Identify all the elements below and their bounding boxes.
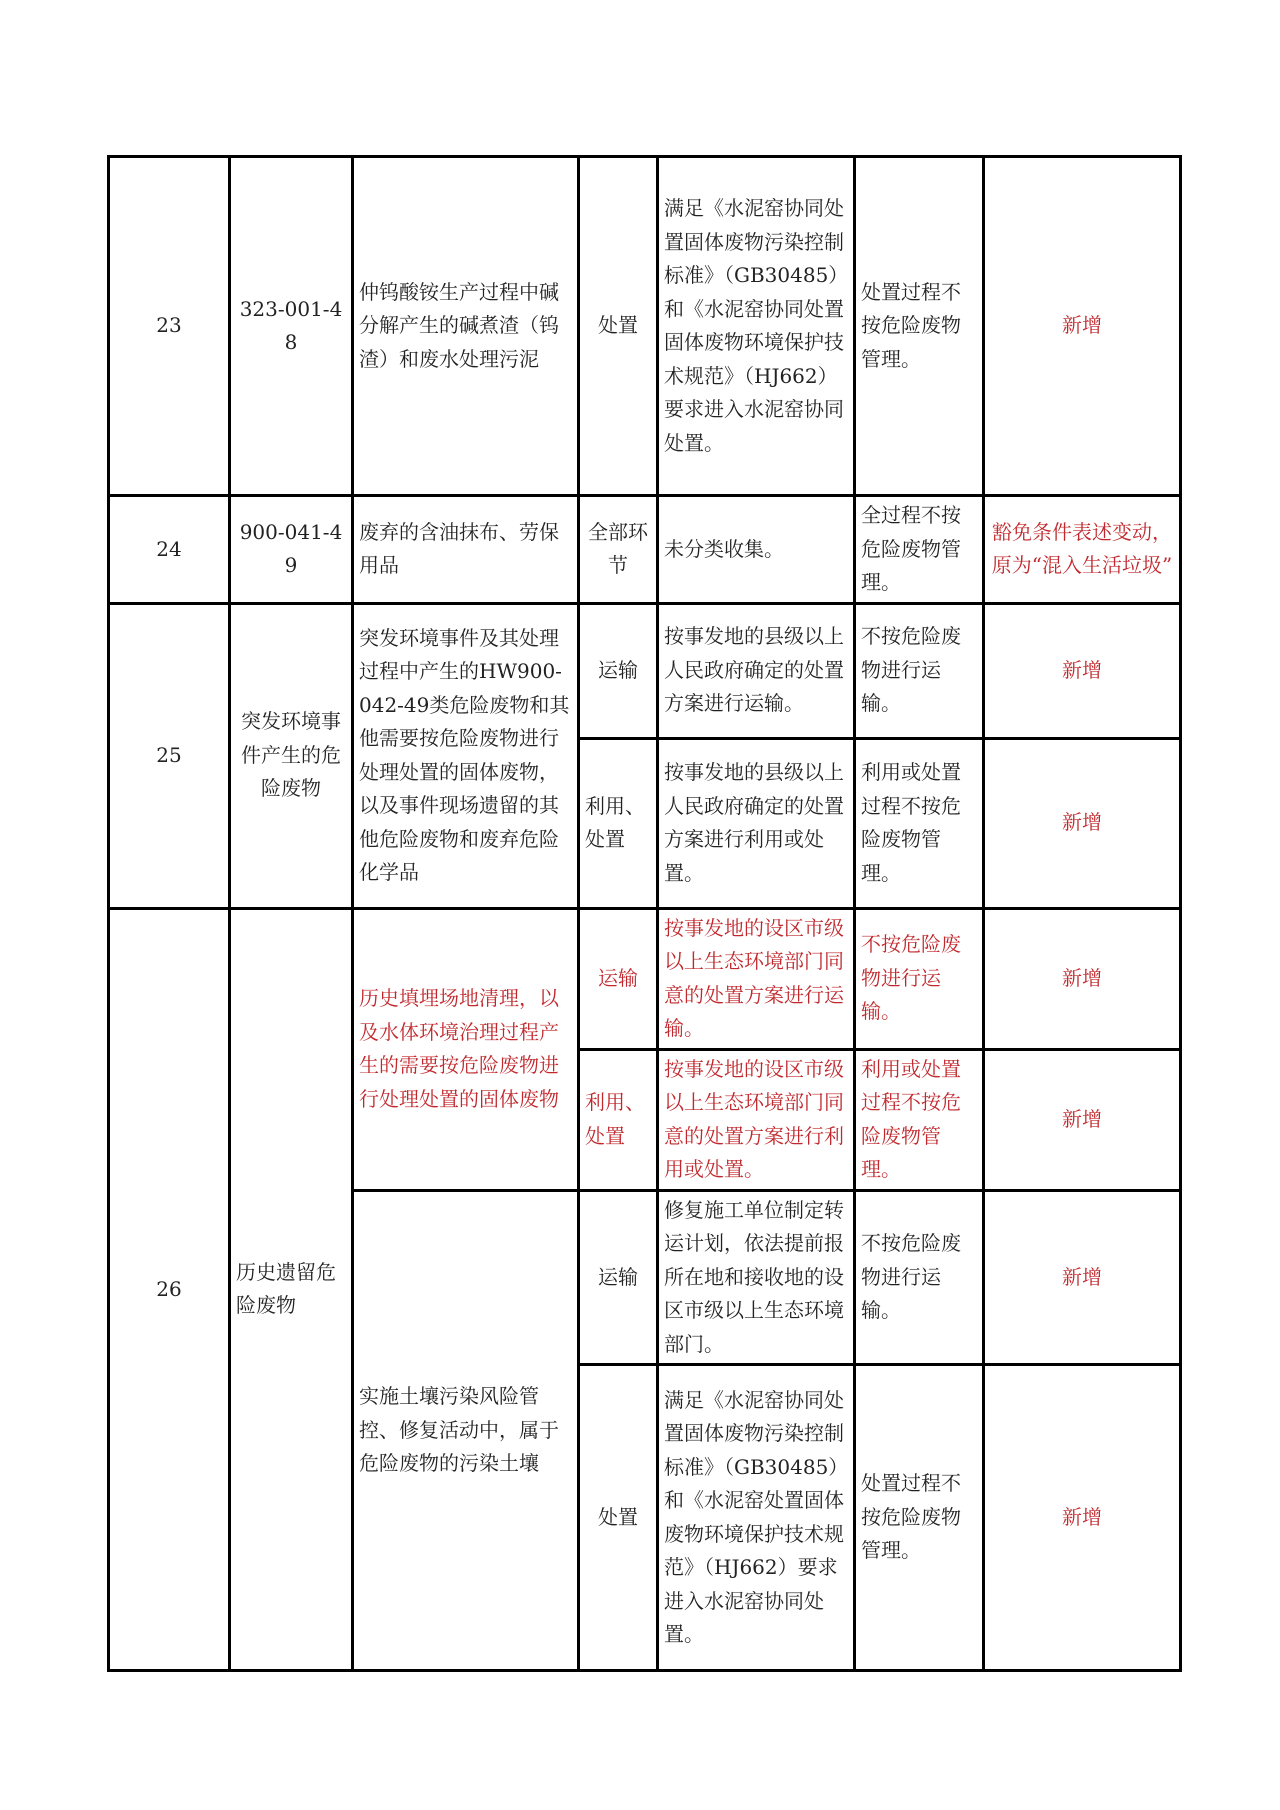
stage: 处置 [579,1365,658,1671]
exemption-content: 不按危险废物进行运输。 [855,908,984,1049]
exemption-condition: 未分类收集。 [658,496,855,604]
stage: 利用、处置 [579,1049,658,1190]
exemption-content: 处置过程不按危险废物管理。 [855,1365,984,1671]
exemption-table: 23 323-001-48 仲钨酸铵生产过程中碱分解产生的碱煮渣（钨渣）和废水处… [107,155,1182,1672]
note: 新增 [984,157,1181,496]
exemption-content: 全过程不按危险废物管理。 [855,496,984,604]
exemption-content: 利用或处置过程不按危险废物管理。 [855,738,984,908]
table-row-24: 24 900-041-49 废弃的含油抹布、劳保用品 全部环节 未分类收集。 全… [109,496,1181,604]
note: 新增 [984,603,1181,738]
exemption-content: 处置过程不按危险废物管理。 [855,157,984,496]
exemption-condition: 满足《水泥窑协同处置固体废物污染控制标准》（GB30485）和《水泥窑处置固体废… [658,1365,855,1671]
exemption-condition: 修复施工单位制定转运计划，依法提前报所在地和接收地的设区市级以上生态环境部门。 [658,1190,855,1365]
stage: 运输 [579,908,658,1049]
note: 新增 [984,1049,1181,1190]
exemption-condition: 按事发地的设区市级以上生态环境部门同意的处置方案进行运输。 [658,908,855,1049]
row-number: 26 [109,908,230,1671]
note: 新增 [984,1190,1181,1365]
waste-description: 实施土壤污染风险管控、修复活动中，属于危险废物的污染土壤 [353,1190,579,1671]
table-row-26: 26 历史遗留危险废物 历史填埋场地清理，以及水体环境治理过程产生的需要按危险废… [109,908,1181,1049]
exemption-condition: 按事发地的县级以上人民政府确定的处置方案进行运输。 [658,603,855,738]
waste-category: 突发环境事件产生的危险废物 [230,603,353,908]
row-number: 23 [109,157,230,496]
stage: 运输 [579,1190,658,1365]
stage: 处置 [579,157,658,496]
stage: 运输 [579,603,658,738]
stage: 全部环节 [579,496,658,604]
row-number: 24 [109,496,230,604]
table-row-23: 23 323-001-48 仲钨酸铵生产过程中碱分解产生的碱煮渣（钨渣）和废水处… [109,157,1181,496]
waste-description: 仲钨酸铵生产过程中碱分解产生的碱煮渣（钨渣）和废水处理污泥 [353,157,579,496]
waste-category: 历史遗留危险废物 [230,908,353,1671]
waste-description: 废弃的含油抹布、劳保用品 [353,496,579,604]
exemption-content: 不按危险废物进行运输。 [855,603,984,738]
waste-description-highlighted: 历史填埋场地清理，以及水体环境治理过程产生的需要按危险废物进行处理处置的固体废物 [353,908,579,1190]
waste-code: 900-041-49 [230,496,353,604]
note: 豁免条件表述变动，原为“混入生活垃圾” [984,496,1181,604]
stage: 利用、处置 [579,738,658,908]
waste-code: 323-001-48 [230,157,353,496]
note: 新增 [984,908,1181,1049]
note: 新增 [984,1365,1181,1671]
table-row-25: 25 突发环境事件产生的危险废物 突发环境事件及其处理过程中产生的HW900-0… [109,603,1181,738]
exemption-condition: 按事发地的设区市级以上生态环境部门同意的处置方案进行利用或处置。 [658,1049,855,1190]
exemption-content: 利用或处置过程不按危险废物管理。 [855,1049,984,1190]
exemption-content: 不按危险废物进行运输。 [855,1190,984,1365]
exemption-condition: 按事发地的县级以上人民政府确定的处置方案进行利用或处置。 [658,738,855,908]
waste-description: 突发环境事件及其处理过程中产生的HW900-042-49类危险废物和其他需要按危… [353,603,579,908]
note: 新增 [984,738,1181,908]
row-number: 25 [109,603,230,908]
exemption-condition: 满足《水泥窑协同处置固体废物污染控制标准》（GB30485）和《水泥窑协同处置固… [658,157,855,496]
